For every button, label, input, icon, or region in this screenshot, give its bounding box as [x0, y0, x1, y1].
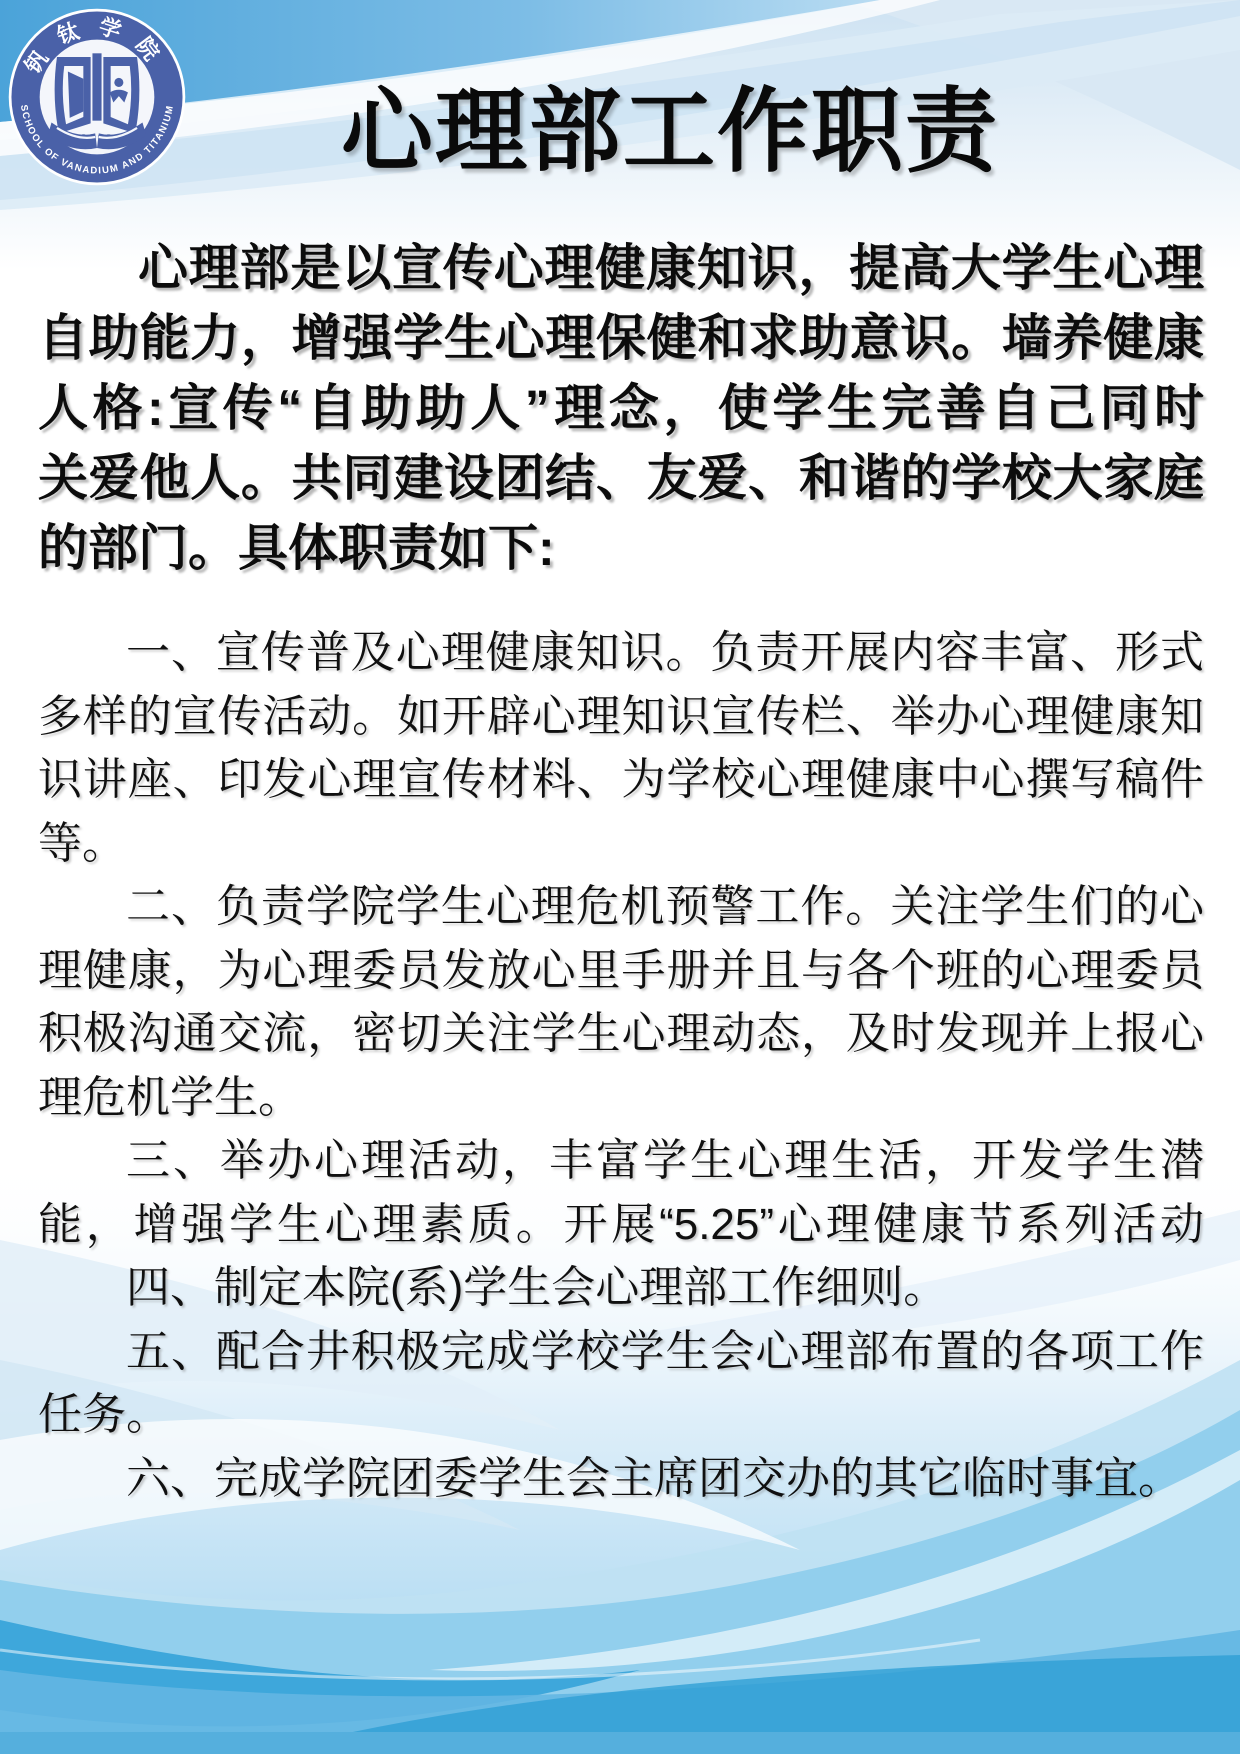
duty-line: 一、宣传普及心理健康知识。负责开展内容丰富、形式 [38, 621, 1204, 685]
emblem-center-pillar [92, 53, 101, 120]
duty-line: 能，增强学生心理素质。开展“5.25”心理健康节系列活动 [38, 1193, 1204, 1257]
intro-line: 人格:宣传“自助助人”理念，使学生完善自己同时 [38, 373, 1204, 443]
duty-line: 多样的宣传活动。如开辟心理知识宣传栏、举办心理健康知 [38, 685, 1204, 749]
emblem-left-page [68, 72, 83, 118]
intro-line: 的部门。具体职责如下: [38, 513, 1204, 583]
duty-line: 积极沟通交流，密切关注学生心理动态，及时发现并上报心 [38, 1002, 1204, 1066]
duty-line: 六、完成学院团委学生会主席团交办的其它临时事宜。 [38, 1447, 1204, 1511]
duty-line: 识讲座、印发心理宣传材料、为学校心理健康中心撰写稿件 [38, 748, 1204, 812]
duty-line: 四、制定本院(系)学生会心理部工作细则。 [38, 1256, 1204, 1320]
bottom-strip [0, 1732, 1240, 1754]
school-logo-svg: 钒钛学院 SCHOOL OF VANADIUM AND TITANIUM 201… [6, 6, 188, 188]
intro-line: 心理部是以宣传心理健康知识，提高大学生心理 [38, 233, 1204, 303]
duty-line: 等。 [38, 812, 1204, 876]
duty-line: 理健康，为心理委员发放心里手册并且与各个班的心理委员 [38, 939, 1204, 1003]
duty-line: 三、举办心理活动，丰富学生心理生活，开发学生潜 [38, 1129, 1204, 1193]
duties-list: 一、宣传普及心理健康知识。负责开展内容丰富、形式 多样的宣传活动。如开辟心理知识… [38, 621, 1204, 1510]
intro-paragraph: 心理部是以宣传心理健康知识，提高大学生心理 自助能力，增强学生心理保健和求助意识… [38, 233, 1204, 583]
duty-line: 理危机学生。 [38, 1066, 1204, 1130]
poster-page: 钒钛学院 SCHOOL OF VANADIUM AND TITANIUM 201… [0, 0, 1240, 1754]
intro-line: 关爱他人。共同建设团结、友爱、和谐的学校大家庭 [38, 443, 1204, 513]
intro-line: 自助能力，增强学生心理保健和求助意识。墙养健康 [38, 303, 1204, 373]
page-title: 心理部工作职责 [100, 58, 1240, 190]
duty-line: 五、配合井积极完成学校学生会心理部布置的各项工作 [38, 1320, 1204, 1384]
duty-line: 任务。 [38, 1383, 1204, 1447]
duty-line: 二、负责学院学生心理危机预警工作。关注学生们的心 [38, 875, 1204, 939]
school-logo: 钒钛学院 SCHOOL OF VANADIUM AND TITANIUM 201… [6, 6, 188, 188]
emblem-figure-head [114, 78, 123, 87]
